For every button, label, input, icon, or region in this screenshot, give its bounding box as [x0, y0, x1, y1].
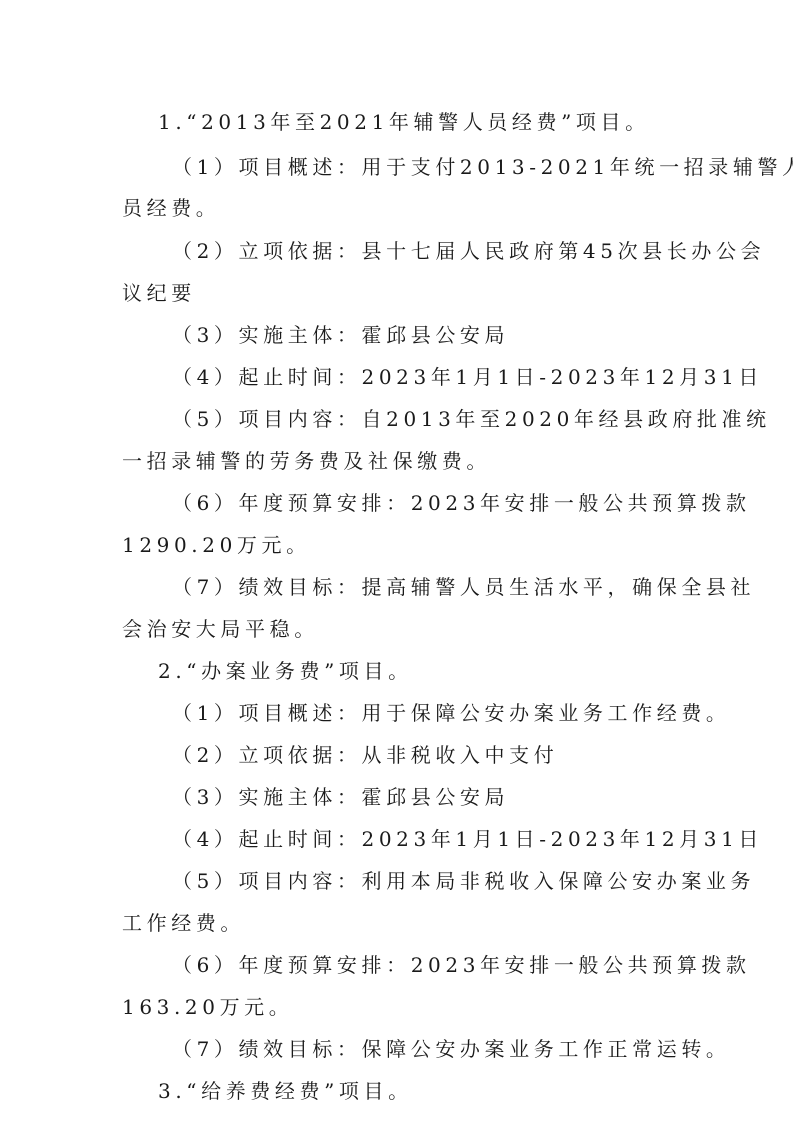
paragraph-line: （5）项目内容：利用本局非税收入保障公安办案业务	[172, 869, 755, 893]
paragraph-line: 一招录辅警的劳务费及社保缴费。	[122, 449, 491, 473]
paragraph-line: 会治安大局平稳。	[122, 617, 319, 641]
paragraph-line: （6）年度预算安排：2023年安排一般公共预算拨款	[172, 491, 751, 515]
document-page: 1.“2013年至2021年辅警人员经费”项目。 （1）项目概述：用于支付201…	[0, 0, 793, 1122]
section-heading-1: 1.“2013年至2021年辅警人员经费”项目。	[158, 110, 650, 134]
paragraph-line: （7）绩效目标：提高辅警人员生活水平，确保全县社	[172, 575, 755, 599]
paragraph-line: （3）实施主体：霍邱县公安局	[172, 785, 509, 809]
paragraph-line: （4）起止时间：2023年1月1日-2023年12月31日	[172, 365, 763, 389]
paragraph-line: 员经费。	[122, 196, 220, 220]
paragraph-line: 工作经费。	[122, 911, 245, 935]
paragraph-line: （7）绩效目标：保障公安办案业务工作正常运转。	[172, 1037, 731, 1061]
section-heading-2: 2.“办案业务费”项目。	[158, 659, 413, 683]
paragraph-line: （5）项目内容：自2013年至2020年经县政府批准统	[172, 407, 771, 431]
paragraph-line: （2）立项依据：从非税收入中支付	[172, 743, 558, 767]
paragraph-line: （2）立项依据：县十七届人民政府第45次县长办公会	[172, 239, 765, 263]
paragraph-line: （1）项目概述：用于保障公安办案业务工作经费。	[172, 701, 731, 725]
paragraph-line: （6）年度预算安排：2023年安排一般公共预算拨款	[172, 953, 751, 977]
paragraph-line: （3）实施主体：霍邱县公安局	[172, 323, 509, 347]
paragraph-line: （1）项目概述：用于支付2013-2021年统一招录辅警人	[172, 155, 793, 179]
paragraph-line: 议纪要	[122, 281, 196, 305]
paragraph-line: 1290.20万元。	[122, 533, 311, 557]
paragraph-line: （4）起止时间：2023年1月1日-2023年12月31日	[172, 827, 763, 851]
section-heading-3: 3.“给养费经费”项目。	[158, 1079, 413, 1103]
paragraph-line: 163.20万元。	[122, 995, 293, 1019]
